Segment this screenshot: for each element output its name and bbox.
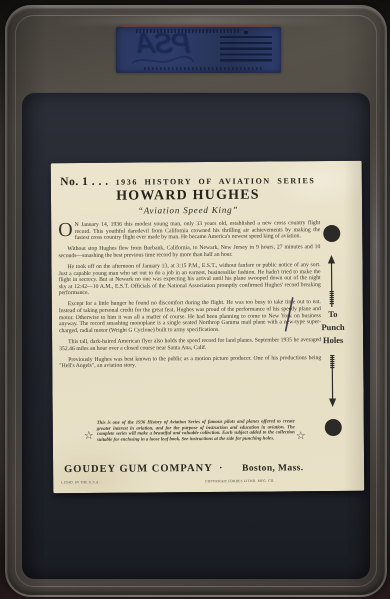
card-number: No. 1 . . . bbox=[60, 176, 108, 188]
label-barcode-bottom bbox=[144, 67, 262, 70]
card-title: HOWARD HUGHES bbox=[51, 187, 325, 205]
body-paragraph: ON January 14, 1936 this modest young ma… bbox=[58, 220, 320, 242]
body-paragraph-text: N January 14, 1936 this modest young man… bbox=[75, 220, 321, 241]
series-footnote: This is one of the 1936 History of Aviat… bbox=[97, 419, 295, 443]
dropcap-letter: O bbox=[58, 222, 73, 238]
footer-separator: · bbox=[219, 463, 222, 474]
psa-label-back: PSA bbox=[116, 27, 281, 73]
card-back: No. 1 . . . 1936 HISTORY OF AVIATION SER… bbox=[51, 161, 365, 493]
psa-flourish-mirrored bbox=[130, 53, 196, 67]
slab-glare-right bbox=[371, 122, 380, 492]
card-header: No. 1 . . . 1936 HISTORY OF AVIATION SER… bbox=[51, 174, 325, 216]
copyright-credit: COPYRIGHT FORBES LITHO. MFG. CO. bbox=[205, 479, 274, 483]
punch-hole-mark-bottom bbox=[325, 419, 342, 436]
pen-mark bbox=[282, 295, 296, 333]
photo-background: PSA No. 1 . . . 1936 HISTORY OF AVIATION… bbox=[0, 0, 390, 599]
litho-credit: LITHO. IN THE U.S.A. bbox=[61, 481, 100, 485]
card-series-title: 1936 HISTORY OF AVIATION SERIES bbox=[116, 176, 316, 187]
arrow-down-icon bbox=[326, 353, 338, 407]
card-header-line: No. 1 . . . 1936 HISTORY OF AVIATION SER… bbox=[51, 174, 325, 188]
card-subtitle: “Aviation Speed King” bbox=[51, 204, 325, 216]
footer-company: GOUDEY GUM COMPANY bbox=[64, 463, 213, 475]
body-paragraph: Without stop Hughes flew from Burbank, C… bbox=[58, 244, 320, 259]
punch-holes-label: To Punch Holes bbox=[309, 308, 357, 347]
slab-glare-top bbox=[53, 16, 343, 25]
label-back-text-lines bbox=[220, 36, 272, 65]
footer-city: Boston, Mass. bbox=[242, 463, 303, 473]
label-back-mark bbox=[244, 31, 248, 34]
star-icon: ☆ bbox=[296, 429, 306, 442]
body-paragraph: Previously Hughes was best known to the … bbox=[59, 355, 321, 370]
body-paragraph: He took off on the afternoon of January … bbox=[59, 262, 321, 297]
arrow-up-icon bbox=[325, 255, 337, 307]
star-icon: ☆ bbox=[84, 429, 94, 442]
punch-hole-mark-top bbox=[323, 225, 340, 242]
body-paragraph: This tall, dark-haired American flyer al… bbox=[59, 337, 321, 352]
